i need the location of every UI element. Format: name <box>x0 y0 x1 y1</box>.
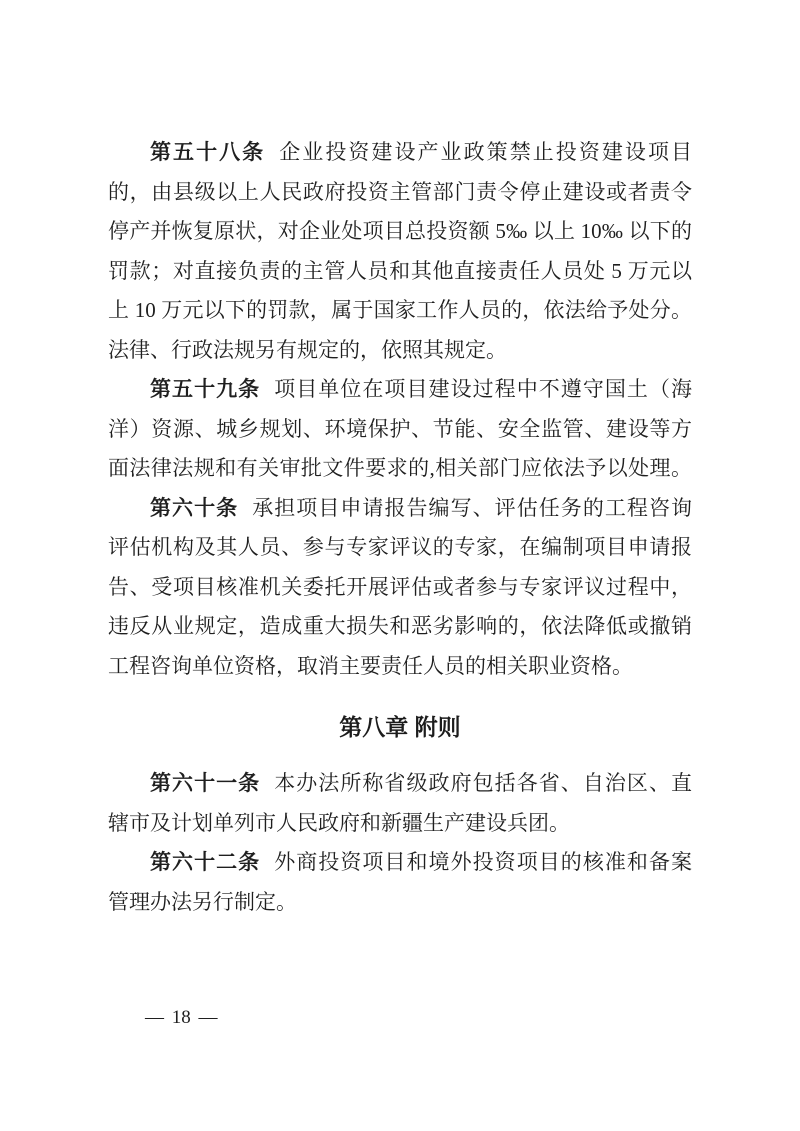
text-line: 第六十一条本办法所称省级政府包括各省、自治区、直 <box>108 764 692 804</box>
text-line: 违反从业规定，造成重大损失和恶劣影响的，依法降低或撤销 <box>108 607 692 647</box>
article-number: 第五十九条 <box>150 378 260 401</box>
document-page: 第五十八条企业投资建设产业政策禁止投资建设项目 的，由县级以上人民政府投资主管部… <box>0 0 800 1131</box>
text-run: 承担项目申请报告编写、评估任务的工程咨询 <box>252 496 692 520</box>
article-61-paragraph: 第六十一条本办法所称省级政府包括各省、自治区、直 辖市及计划单列市人民政府和新疆… <box>108 764 692 843</box>
text-line: 第六十条承担项目申请报告编写、评估任务的工程咨询 <box>108 489 692 529</box>
text-line: 管理办法另行制定。 <box>108 883 692 923</box>
text-line: 评估机构及其人员、参与专家评议的专家，在编制项目申请报 <box>108 528 692 568</box>
text-line: 的，由县级以上人民政府投资主管部门责令停止建设或者责令 <box>108 173 692 213</box>
document-body: 第五十八条企业投资建设产业政策禁止投资建设项目 的，由县级以上人民政府投资主管部… <box>108 133 692 922</box>
text-line: 第六十二条外商投资项目和境外投资项目的核准和备案 <box>108 843 692 883</box>
text-run: 项目单位在项目建设过程中不遵守国土（海 <box>274 377 692 401</box>
text-line: 告、受项目核准机关委托开展评估或者参与专家评议过程中， <box>108 568 692 608</box>
text-line: 第五十九条项目单位在项目建设过程中不遵守国土（海 <box>108 370 692 410</box>
text-run: 本办法所称省级政府包括各省、自治区、直 <box>274 771 692 795</box>
text-line: 上 10 万元以下的罚款，属于国家工作人员的，依法给予处分。 <box>108 291 692 331</box>
text-line: 法律、行政法规另有规定的，依照其规定。 <box>108 331 692 371</box>
article-number: 第六十条 <box>150 497 238 520</box>
text-line: 工程咨询单位资格，取消主要责任人员的相关职业资格。 <box>108 647 692 687</box>
text-line: 罚款；对直接负责的主管人员和其他直接责任人员处 5 万元以 <box>108 252 692 292</box>
article-60-paragraph: 第六十条承担项目申请报告编写、评估任务的工程咨询 评估机构及其人员、参与专家评议… <box>108 489 692 687</box>
text-line: 辖市及计划单列市人民政府和新疆生产建设兵团。 <box>108 804 692 844</box>
article-62-paragraph: 第六十二条外商投资项目和境外投资项目的核准和备案 管理办法另行制定。 <box>108 843 692 922</box>
text-line: 面法律法规和有关审批文件要求的,相关部门应依法予以处理。 <box>108 449 692 489</box>
article-59-paragraph: 第五十九条项目单位在项目建设过程中不遵守国土（海 洋）资源、城乡规划、环境保护、… <box>108 370 692 489</box>
article-number: 第六十二条 <box>150 851 260 874</box>
chapter-heading: 第八章 附则 <box>108 706 692 748</box>
article-58-paragraph: 第五十八条企业投资建设产业政策禁止投资建设项目 的，由县级以上人民政府投资主管部… <box>108 133 692 370</box>
article-number: 第五十八条 <box>150 141 265 164</box>
text-run: 外商投资项目和境外投资项目的核准和备案 <box>274 850 692 874</box>
text-line: 洋）资源、城乡规划、环境保护、节能、安全监管、建设等方 <box>108 410 692 450</box>
text-run: 企业投资建设产业政策禁止投资建设项目 <box>279 140 692 164</box>
page-number: — 18 — <box>145 1005 218 1031</box>
text-line: 停产并恢复原状，对企业处项目总投资额 5‰ 以上 10‰ 以下的 <box>108 212 692 252</box>
article-number: 第六十一条 <box>150 772 260 795</box>
text-line: 第五十八条企业投资建设产业政策禁止投资建设项目 <box>108 133 692 173</box>
